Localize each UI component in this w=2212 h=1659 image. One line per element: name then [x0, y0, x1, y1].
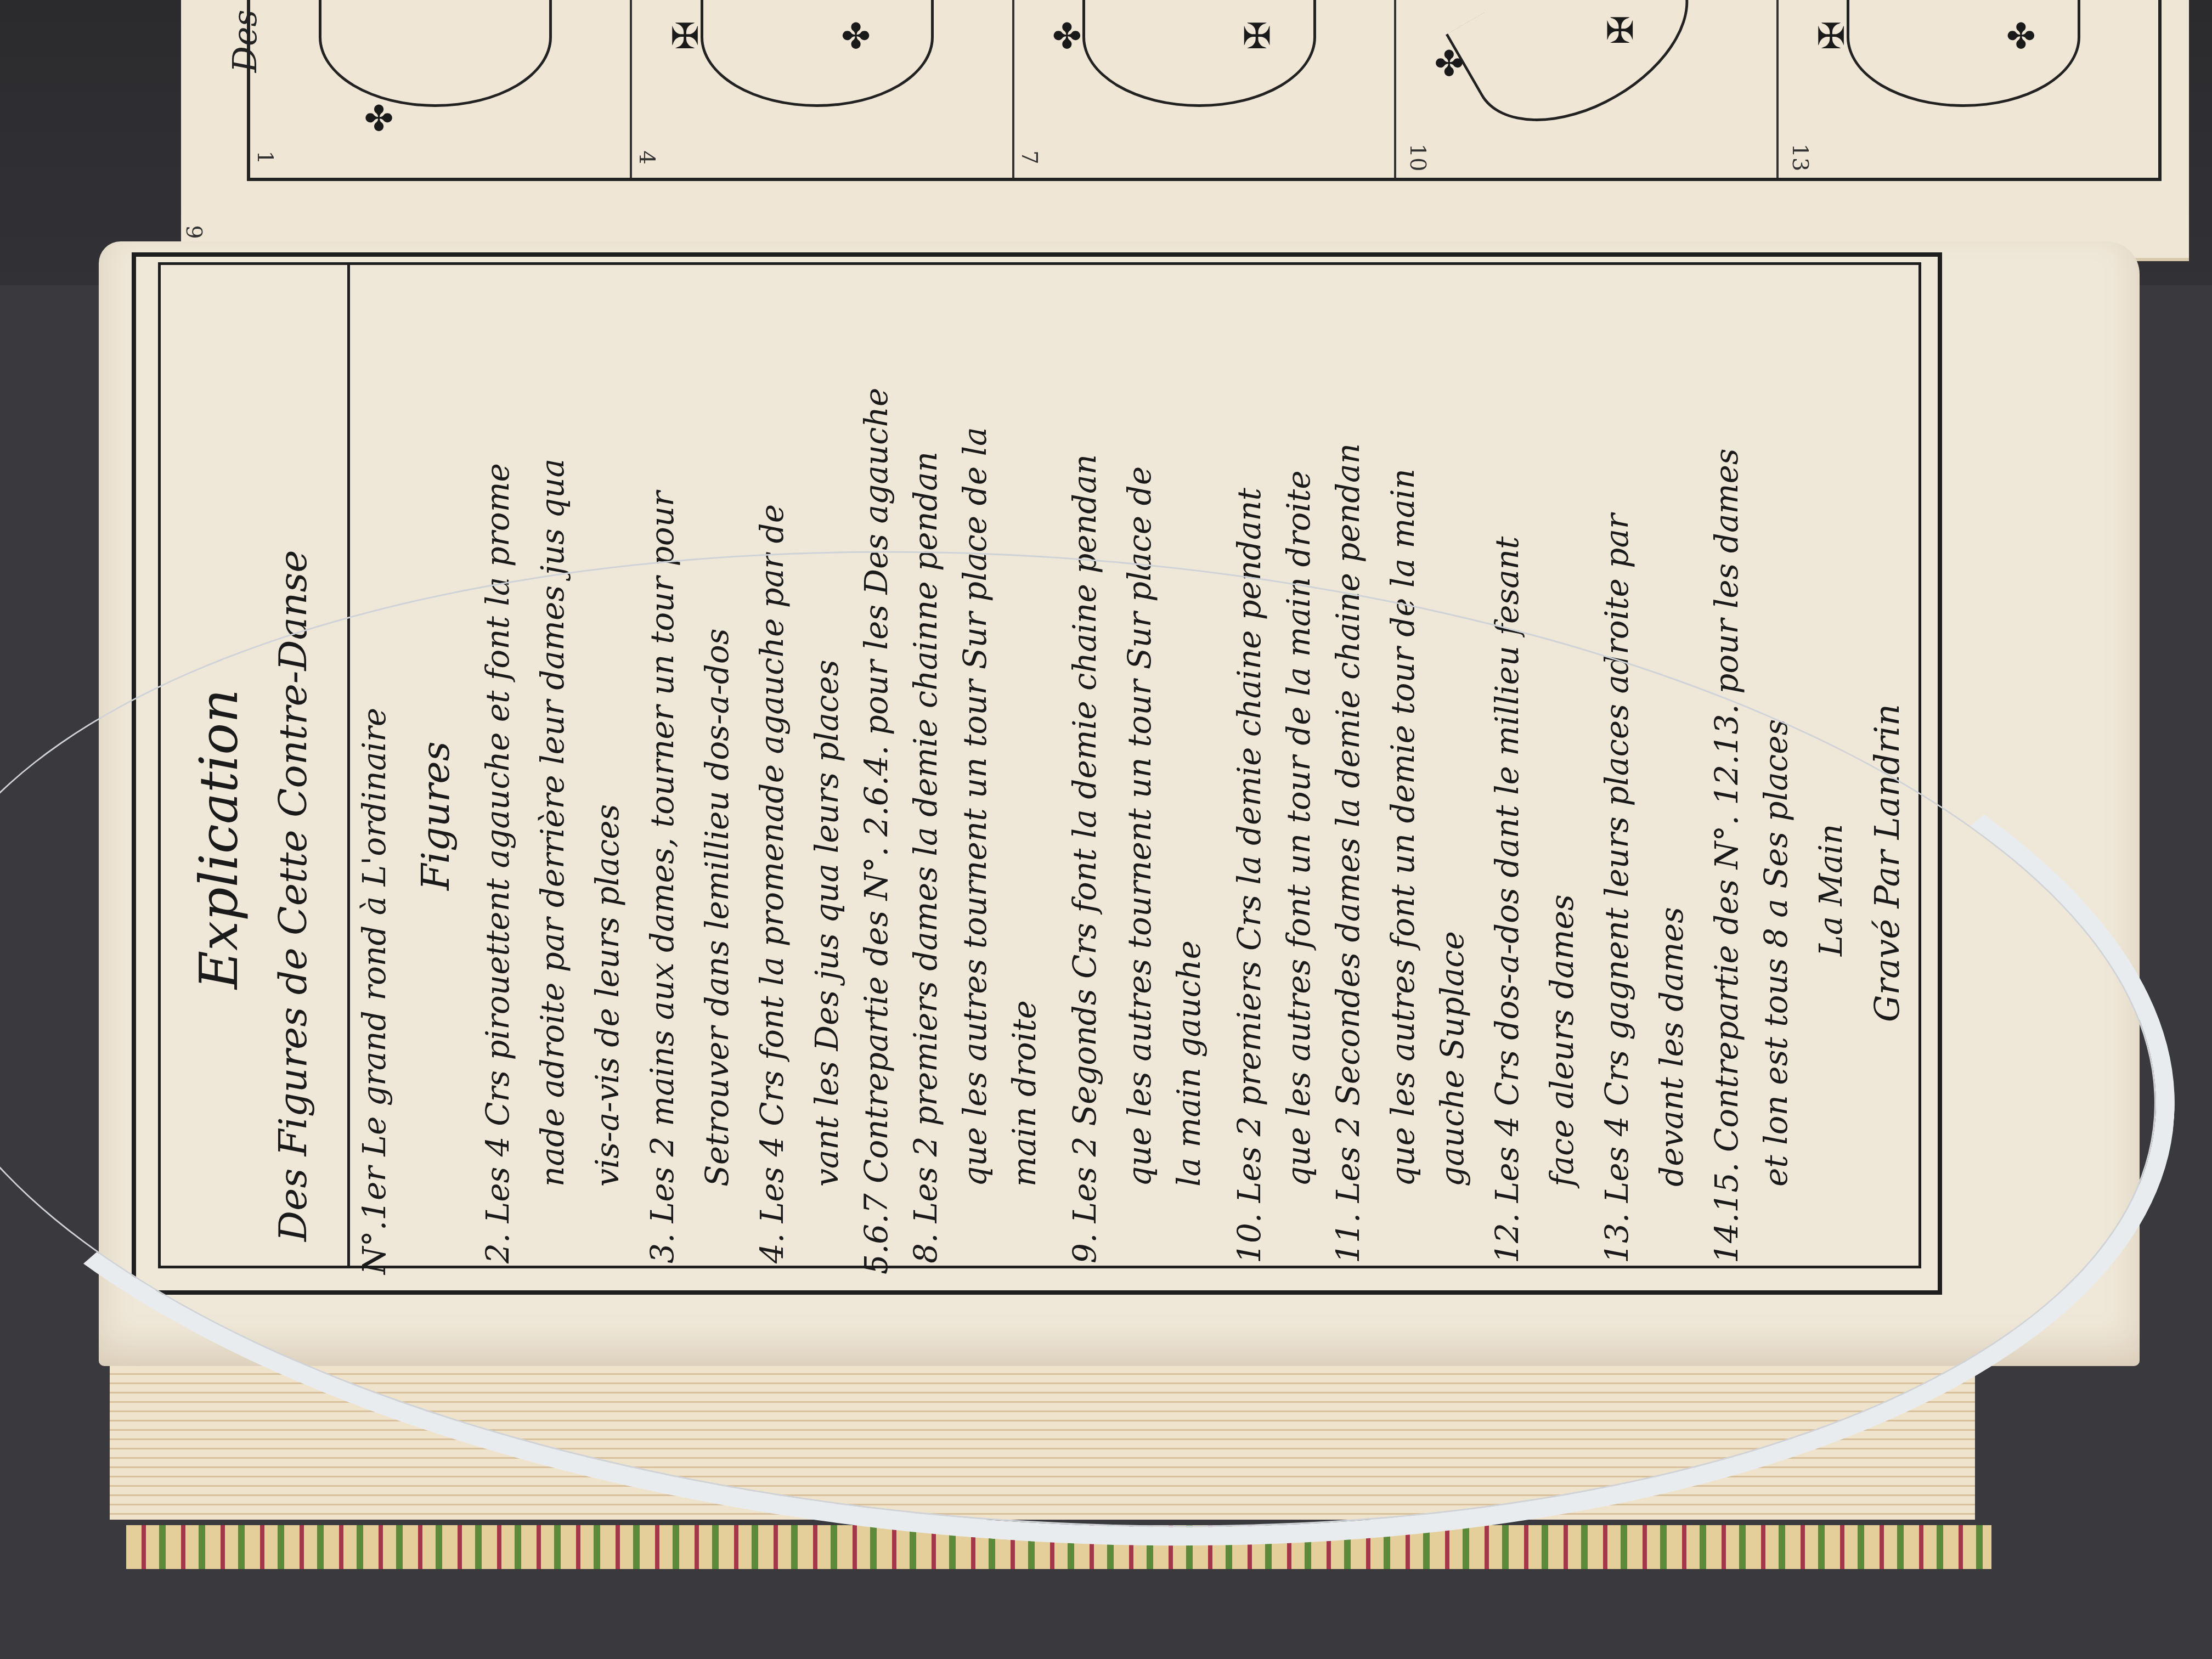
dance-figure-strip: ✤1 ✠✤4 ✤✠7 ✤✠10 ✠✤13	[247, 0, 2162, 181]
upper-page: Des 9 ✤1 ✠✤4 ✤✠7 ✤✠10 ✠✤13	[181, 0, 2189, 261]
page-number: 9	[181, 225, 206, 239]
figure-cell: ✤✠10	[1396, 0, 1778, 178]
figure-number: 13	[1787, 144, 1813, 172]
figure-cell: ✠✤13	[1779, 0, 2158, 178]
figure-number: 7	[1017, 150, 1042, 164]
figure-number: 4	[634, 150, 659, 164]
figure-cell: ✤1	[250, 0, 632, 178]
figure-cell: ✤✠7	[1014, 0, 1396, 178]
figure-number: 1	[252, 150, 278, 164]
figure-cell: ✠✤4	[632, 0, 1014, 178]
figure-number: 10	[1406, 144, 1431, 172]
